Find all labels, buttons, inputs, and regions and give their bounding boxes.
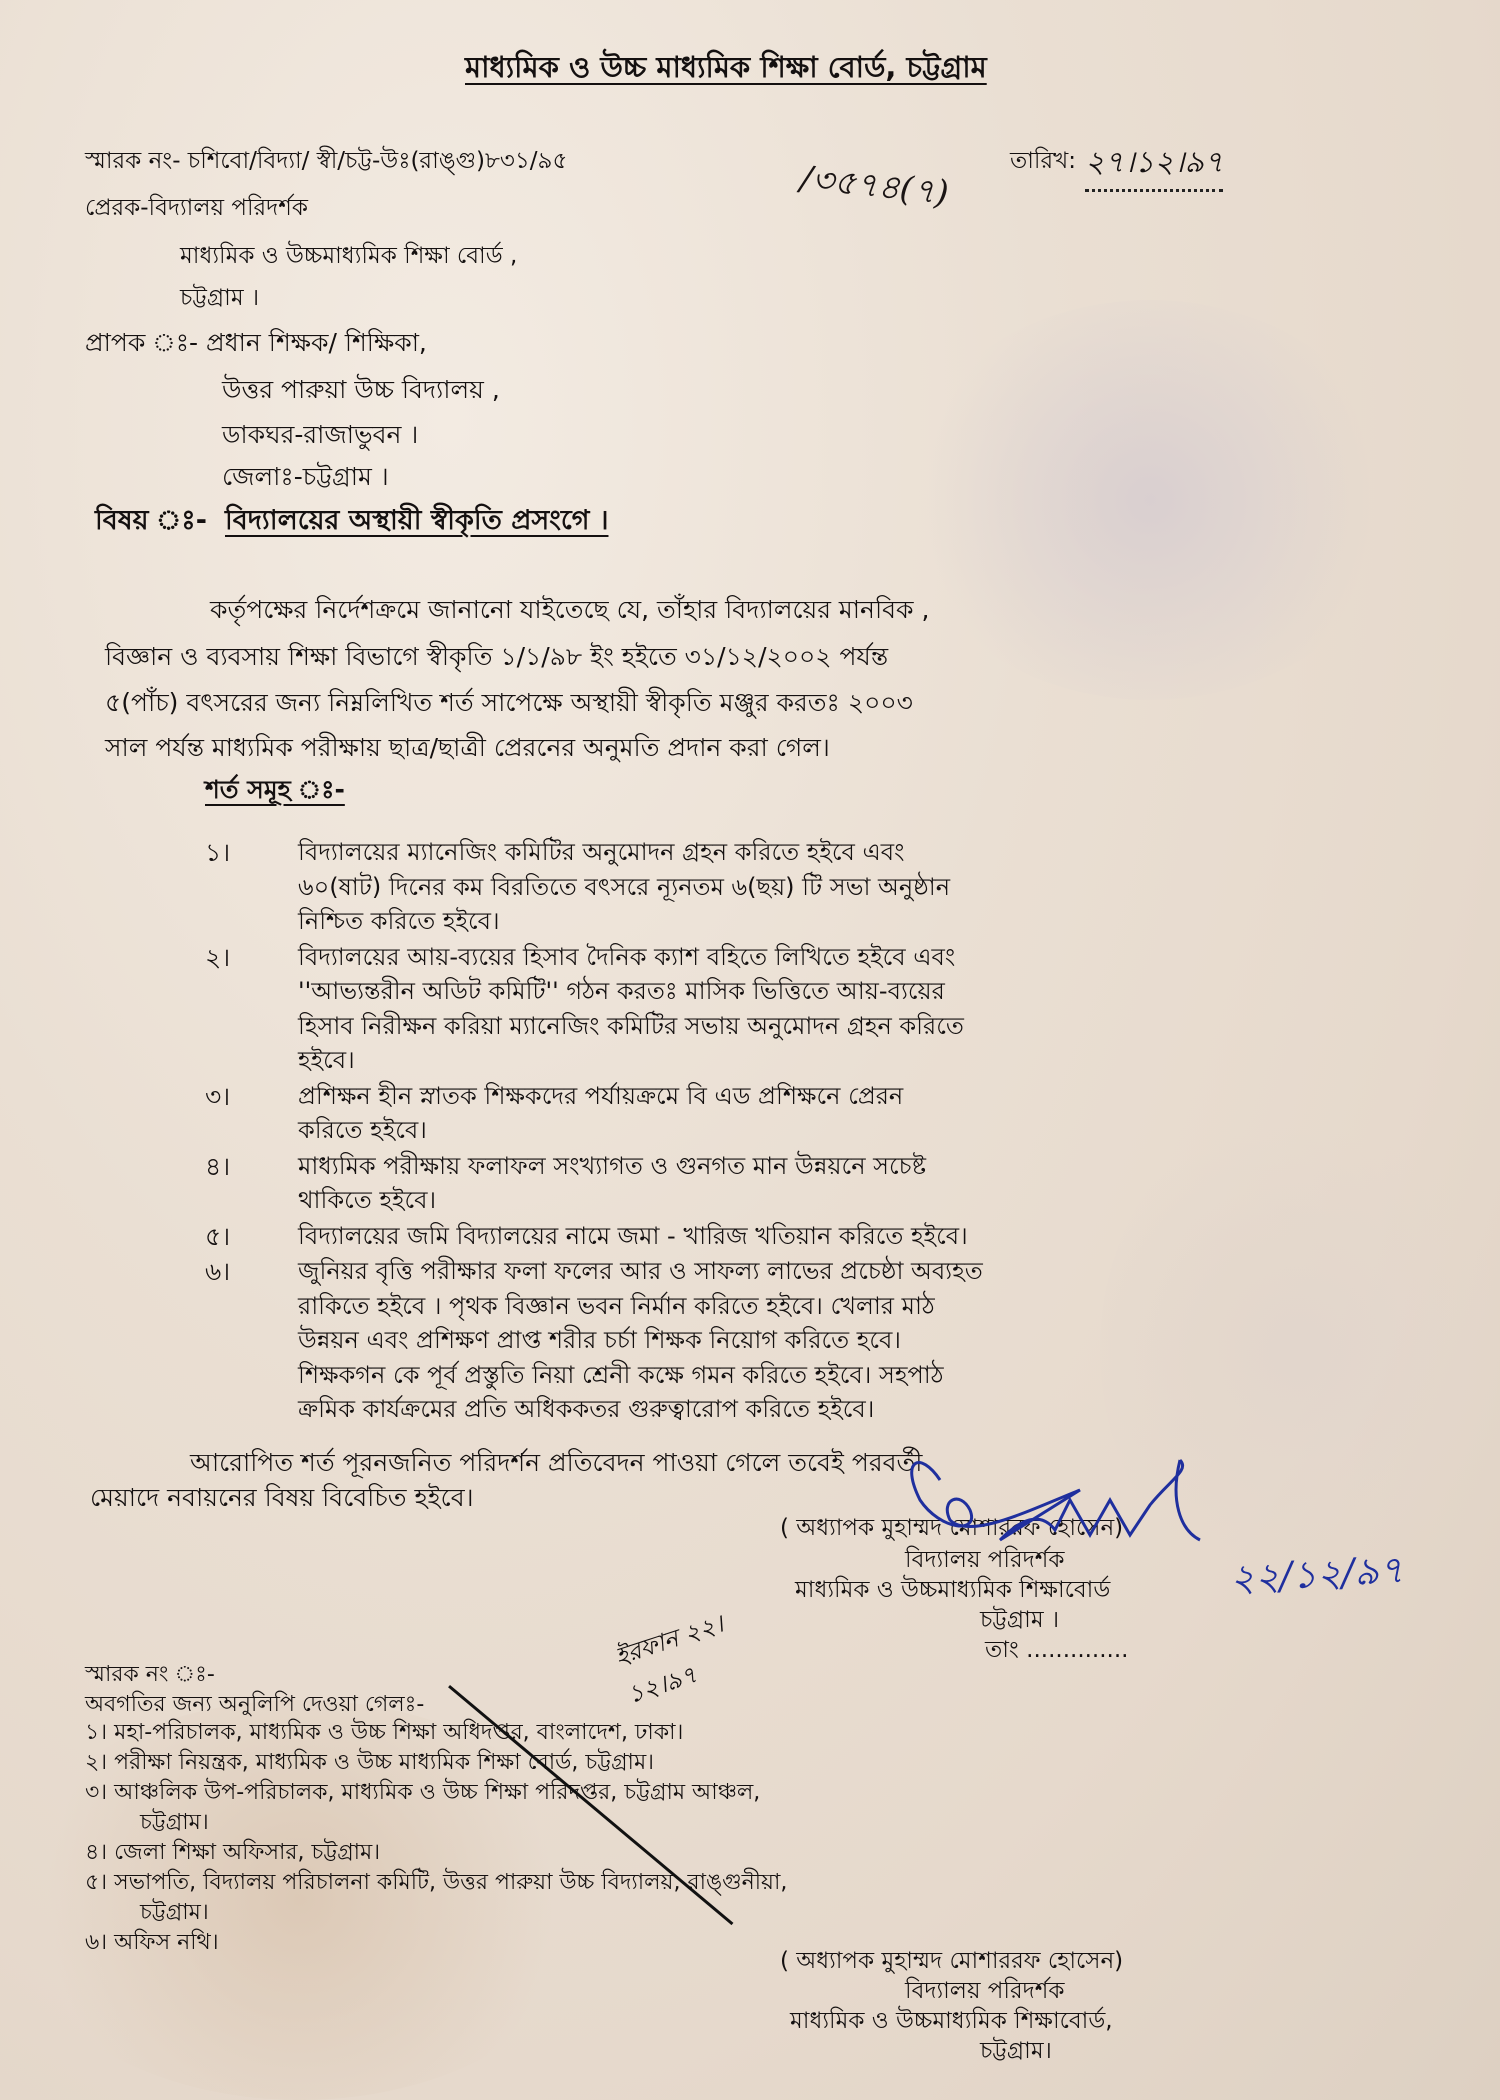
recipient-label: প্রাপক ঃ- প্রধান শিক্ষক/ শিক্ষিকা, xyxy=(85,328,427,358)
paper-stain xyxy=(900,300,1400,700)
condition-line: হিসাব নিরীক্ষন করিয়া ম্যানেজিং কমিটির স… xyxy=(298,1012,964,1041)
signatory-city: চট্টগ্রাম। xyxy=(980,2038,1052,2066)
signatory-city: চট্টগ্রাম । xyxy=(980,1607,1059,1635)
body-line: কর্তৃপক্ষের নির্দেশক্রমে জানানো যাইতেছে … xyxy=(210,595,929,625)
condition-number: ৫। xyxy=(205,1222,230,1252)
body-line: ৫(পাঁচ) বৎসরের জন্য নিম্নলিখিত শর্ত সাপে… xyxy=(105,688,913,718)
recipient-line: ডাকঘর-রাজাভুবন । xyxy=(222,420,418,450)
condition-line: থাকিতে হইবে। xyxy=(298,1186,436,1215)
copy-list-item: ২। পরীক্ষা নিয়ন্ত্রক, মাধ্যমিক ও উচ্চ ম… xyxy=(85,1750,654,1776)
condition-line: বিদ্যালয়ের ম্যানেজিং কমিটির অনুমোদন গ্র… xyxy=(298,838,904,867)
condition-line: জুনিয়র বৃত্তি পরীক্ষার ফলা ফলের আর ও সা… xyxy=(298,1257,983,1286)
recipient-line: উত্তর পারুয়া উচ্চ বিদ্যালয় , xyxy=(222,375,500,405)
condition-number: ১। xyxy=(205,838,230,868)
memo-reference-handwritten: /৩৫৭৪(৭) xyxy=(797,152,951,224)
signatory-org: মাধ্যমিক ও উচ্চমাধ্যমিক শিক্ষাবোর্ড, xyxy=(790,2008,1113,2036)
copy-list-item: চট্টগ্রাম। xyxy=(140,1900,209,1926)
condition-number: ৩। xyxy=(205,1082,230,1112)
condition-number: ৪। xyxy=(205,1152,230,1182)
copy-list-item: ১। মহা-পরিচালক, মাধ্যমিক ও উচ্চ শিক্ষা অ… xyxy=(85,1720,683,1746)
body-line: সাল পর্যন্ত মাধ্যমিক পরীক্ষায় ছাত্র/ছাত… xyxy=(105,733,830,763)
condition-line: হইবে। xyxy=(298,1046,355,1075)
condition-number: ৬। xyxy=(205,1257,230,1287)
sender-label: প্রেরক-বিদ্যালয় পরিদর্শক xyxy=(85,195,308,223)
memo-reference: স্মারক নং- চশিবো/বিদ্যা/ স্বী/চট্ট-উঃ(রা… xyxy=(85,148,567,176)
copy-list-item: ৩। আঞ্চলিক উপ-পরিচালক, মাধ্যমিক ও উচ্চ শ… xyxy=(85,1780,760,1806)
copy-handwritten-note: ইরফান ২২।১২।৯৭ xyxy=(611,1603,750,1716)
condition-line: ৬০(ষাট) দিনের কম বিরতিতে বৎসরে ন্যূনতম ৬… xyxy=(298,873,950,902)
condition-line: শিক্ষকগন কে পূর্ব প্রস্তুতি নিয়া শ্রেনী… xyxy=(298,1361,944,1390)
signatory-designation: বিদ্যালয় পরিদর্শক xyxy=(905,1978,1064,2006)
date-label: তারিখ: xyxy=(1010,148,1076,176)
condition-line: মাধ্যমিক পরীক্ষায় ফলাফল সংখ্যাগত ও গুনগ… xyxy=(298,1152,926,1181)
signature-date-handwritten: ২২/১২/৯৭ xyxy=(1228,1540,1405,1613)
closing-line: আরোপিত শর্ত পূরনজনিত পরিদর্শন প্রতিবেদন … xyxy=(190,1448,922,1478)
closing-line: মেয়াদে নবায়নের বিষয় বিবেচিত হইবে। xyxy=(90,1483,474,1513)
condition-line: উন্নয়ন এবং প্রশিক্ষণ প্রাপ্ত শরীর চর্চা… xyxy=(298,1326,901,1355)
recipient-line: জেলাঃ-চট্টগ্রাম । xyxy=(222,462,389,492)
copy-list-item: ৬। অফিস নথি। xyxy=(85,1930,219,1956)
condition-line: রাকিতে হইবে । পৃথক বিজ্ঞান ভবন নির্মান ক… xyxy=(298,1292,935,1321)
copy-list-item: ৪। জেলা শিক্ষা অফিসার, চট্টগ্রাম। xyxy=(85,1840,380,1866)
sender-line: চট্টগ্রাম । xyxy=(180,285,259,313)
subject-text: বিদ্যালয়ের অস্থায়ী স্বীকৃতি প্রসংগে । xyxy=(225,505,608,537)
condition-line: বিদ্যালয়ের জমি বিদ্যালয়ের নামে জমা - খ… xyxy=(298,1222,968,1251)
copy-ref-label: স্মারক নং ঃ- xyxy=(85,1662,215,1688)
copy-intro: অবগতির জন্য অনুলিপি দেওয়া গেলঃ- xyxy=(85,1692,424,1718)
body-line: বিজ্ঞান ও ব্যবসায় শিক্ষা বিভাগে স্বীকৃত… xyxy=(105,642,888,672)
signatory-name: ( অধ্যাপক মুহাম্মদ মোশাররফ হোসেন) xyxy=(780,1948,1123,1976)
condition-number: ২। xyxy=(205,943,230,973)
condition-line: নিশ্চিত করিতে হইবে। xyxy=(298,907,500,936)
subject-label: বিষয় ঃ- xyxy=(95,505,207,537)
condition-line: প্রশিক্ষন হীন স্নাতক শিক্ষকদের পর্যায়ক্… xyxy=(298,1082,903,1111)
condition-line: ''আভ্যন্তরীন অডিট কমিটি'' গঠন করতঃ মাসিক… xyxy=(298,977,945,1006)
date-handwritten: ২৭।১২।৯৭ xyxy=(1085,138,1223,192)
condition-line: ক্রমিক কার্যক্রমের প্রতি অধিককতর গুরুত্ব… xyxy=(298,1395,874,1424)
conditions-heading: শর্ত সমূহ ঃ- xyxy=(205,775,345,805)
copy-list-item: চট্টগ্রাম। xyxy=(140,1810,209,1836)
condition-line: বিদ্যালয়ের আয়-ব্যয়ের হিসাব দৈনিক ক্যা… xyxy=(298,943,955,972)
signatory-date-label: তাং .............. xyxy=(985,1637,1129,1665)
board-title: মাধ্যমিক ও উচ্চ মাধ্যমিক শিক্ষা বোর্ড, চ… xyxy=(465,50,987,85)
sender-line: মাধ্যমিক ও উচ্চমাধ্যমিক শিক্ষা বোর্ড , xyxy=(180,243,517,271)
condition-line: করিতে হইবে। xyxy=(298,1116,427,1145)
